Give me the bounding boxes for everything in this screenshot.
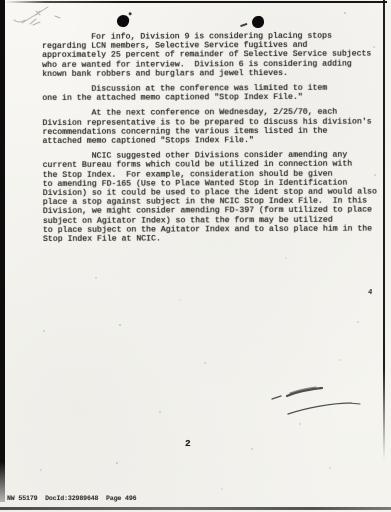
scan-edge-right <box>383 0 385 460</box>
pencil-scribble <box>14 7 60 25</box>
memo-paragraph: NCIC suggested other Divisions consider … <box>43 151 383 245</box>
scan-edge-bottom <box>0 507 391 510</box>
handwritten-ink-mark: 4 <box>368 289 373 297</box>
scanned-memo-page: For info, Division 9 is considering plac… <box>0 0 391 512</box>
memo-paragraph: At the next conference on Wednesday, 2/2… <box>42 108 382 146</box>
scan-edge-left <box>0 0 5 502</box>
scan-edge-top <box>5 1 387 3</box>
ink-dot-icon <box>251 15 265 29</box>
page-number: 2 <box>185 438 191 449</box>
ink-dot-icon <box>116 14 130 28</box>
memo-paragraph: Discussion at the conference was limited… <box>42 84 382 104</box>
pen-squiggle <box>272 387 360 414</box>
footer-stamp: NW 55179 DocId:32989648 Page 496 <box>7 495 136 502</box>
memo-paragraph: For info, Division 9 is considering plac… <box>42 32 382 79</box>
memo-text-block: For info, Division 9 is considering plac… <box>42 32 383 251</box>
